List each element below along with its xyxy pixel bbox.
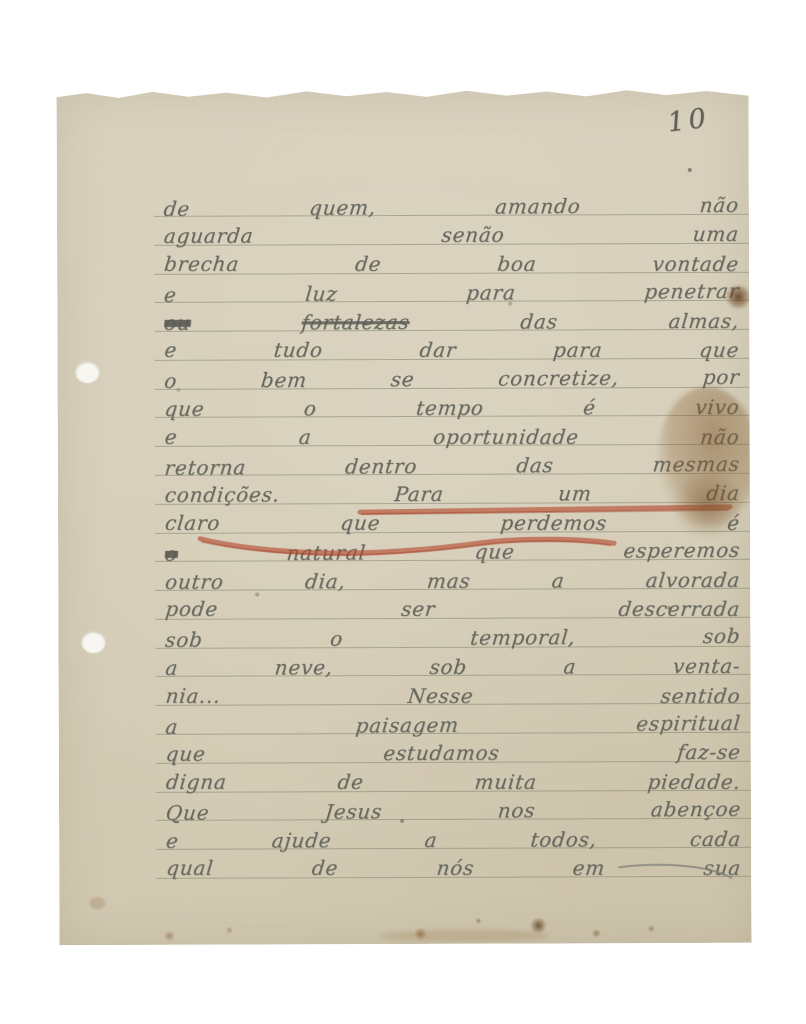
- handwritten-word: que: [339, 508, 382, 538]
- handwritten-word: neve,: [273, 652, 334, 682]
- hole-punch: [81, 631, 105, 653]
- handwritten-word: um: [557, 479, 594, 509]
- handwritten-word: esperemos: [622, 535, 742, 566]
- handwritten-word: uma: [691, 219, 740, 249]
- handwritten-word: que: [698, 335, 741, 365]
- handwritten-word: fortalezas: [300, 307, 411, 337]
- handwritten-word: mas: [426, 565, 473, 595]
- handwritten-word: Para: [393, 479, 445, 509]
- handwritten-word: sob: [428, 652, 469, 682]
- handwritten-word: abençoe: [649, 794, 742, 825]
- handwritten-word: a: [164, 653, 180, 683]
- handwritten-word: faz-se: [676, 737, 743, 767]
- handwritten-word: o: [163, 366, 179, 396]
- handwritten-word: senão: [440, 220, 506, 250]
- paper-specks: [57, 89, 59, 91]
- handwritten-word: aguarda: [162, 221, 254, 251]
- handwritten-word: digna: [164, 767, 228, 797]
- handwritten-word: o: [302, 393, 318, 423]
- handwritten-word: descerrada: [617, 594, 742, 624]
- handwriting-line: qualdenósemsua: [165, 853, 743, 883]
- handwritten-word: natural: [285, 537, 367, 568]
- handwritten-word: muita: [473, 767, 538, 797]
- handwritten-word: claro: [164, 508, 222, 538]
- handwritten-word: perdemos: [499, 508, 609, 538]
- handwritten-word: concretize,: [497, 363, 621, 394]
- handwritten-word: qual: [165, 853, 215, 883]
- handwritten-word: vontade: [651, 249, 741, 279]
- handwritten-word: vivo: [694, 392, 741, 422]
- handwritten-word: a: [550, 565, 566, 595]
- handwritten-word: almas,: [667, 305, 741, 335]
- handwritten-word: estudamos: [382, 738, 501, 768]
- handwritten-word: mesmas: [651, 448, 741, 479]
- handwritten-word: espiritual: [635, 707, 742, 738]
- handwritten-word: penetrar: [643, 276, 741, 307]
- handwritten-word: dentro: [344, 451, 419, 482]
- handwritten-word: alvorada: [644, 564, 741, 594]
- handwriting-line: eajudeatodos,cada: [165, 823, 743, 855]
- handwritten-word: não: [699, 422, 741, 452]
- handwritten-word: boa: [496, 249, 538, 279]
- handwriting-line: brechadeboavontade: [163, 249, 741, 279]
- handwritten-word: de: [336, 767, 365, 797]
- handwritten-word: e: [163, 422, 179, 452]
- handwriting-line: eaoportunidadenão: [163, 422, 741, 452]
- handwritten-word: ou: [163, 307, 193, 337]
- handwritten-word: bem: [260, 365, 309, 395]
- handwritten-word: de: [354, 249, 383, 279]
- handwritten-word: ser: [400, 594, 437, 624]
- scan-background: 10 dequem,amandonãoaguardasenãoumabrecha…: [0, 0, 806, 1024]
- handwritten-word: e: [163, 335, 179, 365]
- handwriting-line: condições.Paraumdia: [163, 478, 741, 510]
- handwritten-word: para: [465, 277, 517, 307]
- notebook-page: 10 dequem,amandonãoaguardasenãoumabrecha…: [57, 87, 752, 945]
- handwritten-word: sob: [702, 621, 742, 651]
- handwritten-word: oportunidade: [432, 422, 581, 452]
- handwritten-word: e: [165, 825, 181, 855]
- handwritten-word: o: [164, 539, 180, 569]
- handwritten-word: sentido: [659, 681, 742, 711]
- handwritten-word: ajude: [270, 825, 333, 855]
- handwritten-word: sua: [702, 853, 743, 883]
- handwritten-word: Que: [164, 797, 210, 827]
- handwritten-word: a: [423, 825, 439, 855]
- handwritten-word: paisagem: [354, 709, 460, 740]
- handwritten-word: brecha: [163, 249, 241, 279]
- handwritten-word: das: [515, 450, 555, 480]
- handwritten-word: que: [473, 536, 516, 566]
- handwritten-word: venta-: [671, 651, 742, 681]
- handwritten-word: a: [562, 651, 578, 681]
- handwritten-word: das: [519, 306, 559, 336]
- handwriting-line: queotempoévivo: [163, 392, 741, 424]
- handwritten-word: nos: [496, 795, 537, 825]
- handwritten-word: cada: [689, 823, 743, 853]
- handwriting-line: onaturalqueesperemos: [164, 535, 742, 569]
- handwriting-line: outrodia,masaalvorada: [164, 564, 742, 596]
- handwritten-word: temporal,: [469, 622, 577, 653]
- handwritten-word: de: [162, 193, 191, 223]
- handwritten-word: dia: [705, 478, 742, 508]
- handwritten-word: tempo: [415, 393, 486, 423]
- handwriting-line: nia...Nessesentido: [164, 681, 742, 711]
- handwritten-word: e: [163, 280, 179, 310]
- handwritten-word: a: [164, 711, 180, 741]
- handwritten-word: de: [310, 853, 339, 883]
- handwritten-word: em: [571, 853, 607, 883]
- handwritten-word: Nesse: [406, 681, 475, 711]
- handwriting-line: aneve,sobaventa-: [164, 651, 742, 683]
- handwriting-line: oufortalezasdasalmas,: [163, 305, 741, 337]
- handwritten-word: é: [582, 392, 598, 422]
- handwritten-word: o: [329, 624, 345, 654]
- handwritten-word: sob: [164, 625, 204, 655]
- handwritten-word: tudo: [272, 335, 324, 365]
- handwritten-word: todos,: [529, 824, 598, 854]
- handwriting-line: eluzparapenetrar: [163, 276, 741, 310]
- handwritten-word: retorna: [163, 452, 247, 483]
- handwritten-word: piedade.: [646, 767, 742, 797]
- handwritten-word: que: [163, 394, 206, 424]
- handwritten-word: nia...: [164, 681, 222, 711]
- hole-punch: [75, 361, 99, 383]
- handwritten-word: por: [701, 362, 741, 392]
- handwriting-line: sobotemporal,sob: [164, 621, 742, 655]
- handwritten-word: pode: [164, 594, 220, 624]
- handwriting-line: claroqueperdemosé: [164, 508, 742, 538]
- handwritten-word: Jesus: [324, 796, 384, 826]
- handwritten-word: quem,: [308, 192, 378, 222]
- handwritten-word: se: [389, 364, 416, 394]
- handwritten-word: amando: [494, 190, 582, 221]
- handwritten-word: que: [164, 739, 207, 769]
- handwritten-word: dia,: [304, 566, 348, 596]
- handwritten-word: dar: [418, 335, 458, 365]
- handwriting-line: QueJesusnosabençoe: [164, 794, 742, 828]
- handwriting-line: aguardasenãouma: [162, 219, 740, 251]
- handwriting-line: queestudamosfaz-se: [164, 737, 742, 769]
- handwritten-word: para: [552, 335, 605, 365]
- handwritten-word: condições.: [163, 480, 281, 510]
- handwriting-line: dignademuitapiedade.: [164, 767, 742, 797]
- handwritten-word: a: [297, 422, 313, 452]
- handwritten-word: nós: [435, 853, 476, 883]
- handwritten-word: luz: [304, 278, 339, 308]
- handwriting-line: obemseconcretize,por: [163, 362, 741, 396]
- handwritten-word: não: [698, 189, 740, 219]
- handwriting-block: dequem,amandonãoaguardasenãoumabrechadeb…: [57, 87, 752, 945]
- handwritten-word: é: [726, 508, 742, 538]
- handwriting-line: podeserdescerrada: [164, 594, 742, 624]
- handwritten-word: outro: [164, 566, 226, 596]
- handwriting-line: etudodarparaque: [163, 335, 741, 365]
